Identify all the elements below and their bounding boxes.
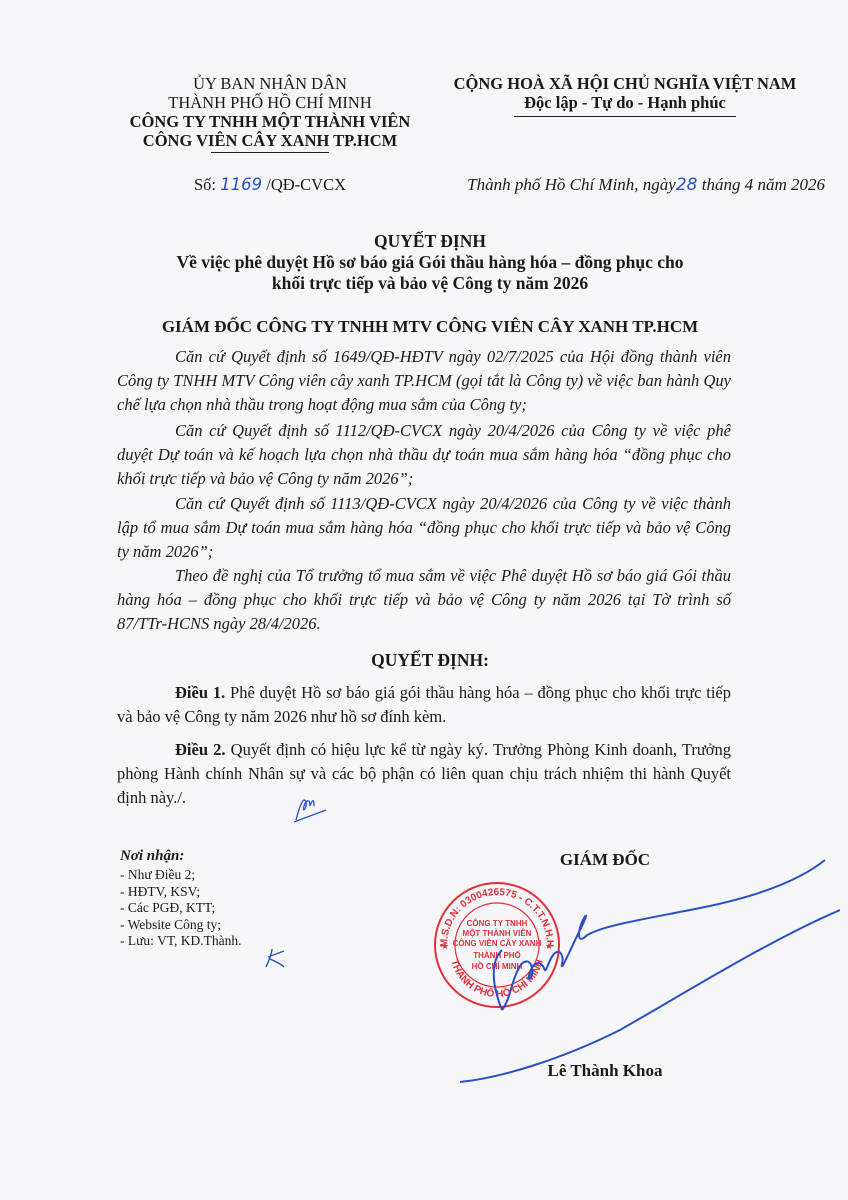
subject-line-2: khối trực tiếp và bảo vệ Công ty năm 202… [100,273,760,294]
authority-statement: GIÁM ĐỐC CÔNG TY TNHH MTV CÔNG VIÊN CÂY … [100,317,760,337]
motto-underline [514,116,736,117]
company-seal: M.S.D.N: 0300426575 - C.T.T.N.H.H THÀNH … [432,880,562,1010]
national-motto: CỘNG HOÀ XÃ HỘI CHỦ NGHĨA VIỆT NAM Độc l… [425,74,825,117]
svg-text:CÔNG VIÊN CÂY XANH: CÔNG VIÊN CÂY XANH [453,939,542,948]
svg-text:HỒ CHÍ MINH: HỒ CHÍ MINH [472,961,523,971]
signer-name: Lê Thành Khoa [470,1061,740,1081]
article-label: Điều 1. [175,683,225,702]
authority-line-2: THÀNH PHỐ HỒ CHÍ MINH [120,93,420,112]
number-suffix: /QĐ-CVCX [262,175,346,194]
preamble-paragraph: Căn cứ Quyết định số 1113/QĐ-CVCX ngày 2… [117,492,731,564]
authority-line-4: CÔNG VIÊN CÂY XANH TP.HCM [120,131,420,150]
recipient-item: - Các PGĐ, KTT; [120,900,380,917]
place-date: Thành phố Hồ Chí Minh, ngày28 tháng 4 nă… [420,175,825,195]
recipient-item: - HĐTV, KSV; [120,884,380,901]
article-label: Điều 2. [175,740,226,759]
recipient-item: - Website Công ty; [120,917,380,934]
authority-line-3: CÔNG TY TNHH MỘT THÀNH VIÊN [120,112,420,131]
svg-text:★: ★ [441,941,449,951]
recipients-block: Nơi nhận: - Như Điều 2; - HĐTV, KSV; - C… [120,848,380,950]
number-prefix: Số: [194,175,220,194]
recipients-heading: Nơi nhận: [120,848,380,865]
preamble-paragraph: Căn cứ Quyết định số 1649/QĐ-HĐTV ngày 0… [117,345,731,417]
signer-title: GIÁM ĐỐC [470,850,740,870]
svg-text:THÀNH PHỐ: THÀNH PHỐ [473,950,521,960]
recipient-item: - Lưu: VT, KD.Thành. [120,933,380,950]
svg-text:MỘT THÀNH VIÊN: MỘT THÀNH VIÊN [463,929,532,938]
issuing-authority: ỦY BAN NHÂN DÂN THÀNH PHỐ HỒ CHÍ MINH CÔ… [120,74,420,153]
title-heading: QUYẾT ĐỊNH [100,231,760,252]
preamble-paragraph: Theo đề nghị của Tổ trưởng tổ mua sắm về… [117,564,731,636]
recipient-item: - Như Điều 2; [120,867,380,884]
authority-underline [211,152,329,153]
decision-heading: QUYẾT ĐỊNH: [100,650,760,671]
handwritten-number: 1169 [220,175,262,194]
article-2: Điều 2. Quyết định có hiệu lực kể từ ngà… [117,738,731,810]
initials-mark [262,945,288,971]
svg-text:★: ★ [545,941,553,951]
country-name: CỘNG HOÀ XÃ HỘI CHỦ NGHĨA VIỆT NAM [425,74,825,93]
handwritten-day: 28 [676,175,698,195]
date-suffix: tháng 4 năm 2026 [698,175,826,194]
article-1: Điều 1. Phê duyệt Hồ sơ báo giá gói thầu… [117,681,731,729]
date-prefix: Thành phố Hồ Chí Minh, ngày [467,175,676,194]
initials-mark [290,792,330,824]
preamble-paragraph: Căn cứ Quyết định số 1112/QĐ-CVCX ngày 2… [117,419,731,491]
subject-line-1: Về việc phê duyệt Hồ sơ báo giá Gói thầu… [100,252,760,273]
decision-title: QUYẾT ĐỊNH Về việc phê duyệt Hồ sơ báo g… [100,231,760,294]
motto: Độc lập - Tự do - Hạnh phúc [425,93,825,112]
document-number: Số: 1169 /QĐ-CVCX [120,175,420,195]
authority-line-1: ỦY BAN NHÂN DÂN [120,74,420,93]
svg-text:CÔNG TY TNHH: CÔNG TY TNHH [467,919,528,928]
